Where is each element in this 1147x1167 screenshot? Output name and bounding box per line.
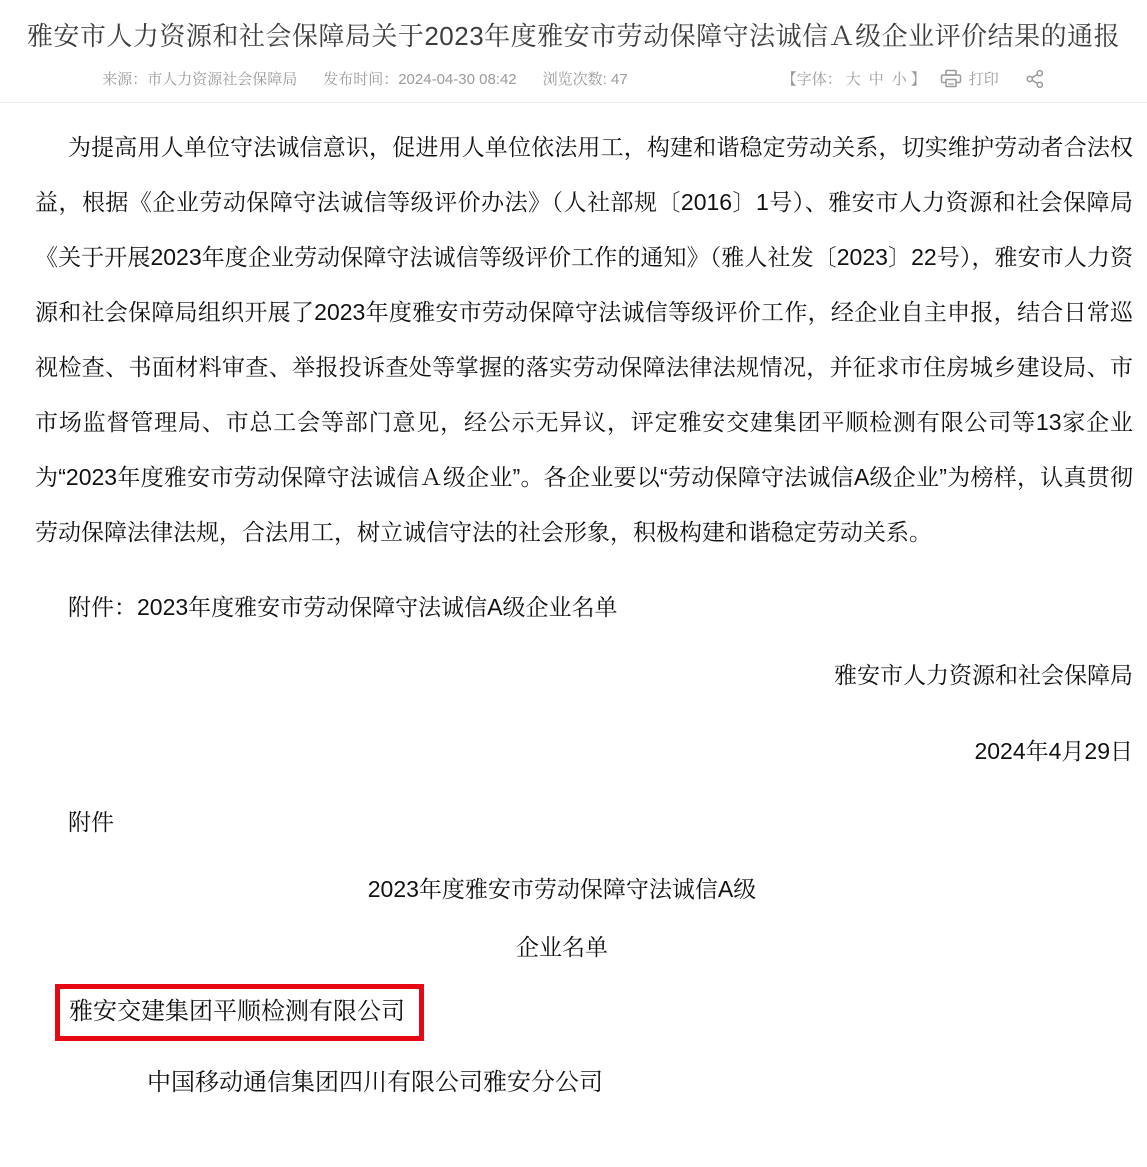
highlighted-company-name: 雅安交建集团平顺检测有限公司 — [55, 984, 424, 1041]
print-button[interactable]: 打印 — [940, 68, 999, 89]
font-size-medium-button[interactable]: 中 — [869, 68, 884, 89]
share-button[interactable] — [1025, 69, 1045, 89]
share-icon — [1025, 69, 1045, 89]
font-size-label-close: 】 — [911, 68, 926, 89]
font-size-large-button[interactable]: 大 — [846, 68, 861, 89]
font-size-label-open: 【字体： — [782, 68, 842, 89]
print-button-label: 打印 — [969, 68, 999, 89]
meta-source: 来源：市人力资源社会保障局 — [102, 68, 297, 89]
font-size-small-button[interactable]: 小 — [892, 68, 907, 89]
company-list-item-highlighted: 雅安交建集团平顺检测有限公司 — [55, 984, 1133, 1041]
article-content: 为提高用人单位守法诚信意识，促进用人单位依法用工，构建和谐稳定劳动关系，切实维护… — [0, 120, 1147, 1110]
issuing-authority: 雅安市人力资源和社会保障局 — [35, 648, 1133, 703]
meta-publish-time: 发布时间：2024-04-30 08:42 — [323, 68, 516, 89]
appendix-title-line2: 企业名单 — [35, 920, 1133, 975]
meta-bar: 来源：市人力资源社会保障局 发布时间：2024-04-30 08:42 浏览次数… — [0, 68, 1147, 89]
appendix-label: 附件 — [35, 795, 1133, 850]
company-list-item: 中国移动通信集团四川有限公司雅安分公司 — [147, 1055, 1133, 1110]
header-divider — [0, 102, 1147, 103]
meta-tools: 【字体： 大 中 小 】 打印 — [782, 68, 1045, 89]
attachment-reference: 附件：2023年度雅安市劳动保障守法诚信A级企业名单 — [35, 580, 1133, 635]
printer-icon — [940, 69, 969, 89]
meta-view-count: 浏览次数: 47 — [543, 68, 628, 89]
issue-date: 2024年4月29日 — [35, 724, 1133, 779]
notice-body-paragraph: 为提高用人单位守法诚信意识，促进用人单位依法用工，构建和谐稳定劳动关系，切实维护… — [35, 120, 1133, 560]
page-title: 雅安市人力资源和社会保障局关于2023年度雅安市劳动保障守法诚信Ａ级企业评价结果… — [0, 16, 1147, 53]
appendix-title-line1: 2023年度雅安市劳动保障守法诚信A级 — [35, 862, 1133, 917]
font-size-control: 【字体： 大 中 小 】 — [782, 68, 926, 89]
notice-page: 雅安市人力资源和社会保障局关于2023年度雅安市劳动保障守法诚信Ａ级企业评价结果… — [0, 0, 1147, 1167]
